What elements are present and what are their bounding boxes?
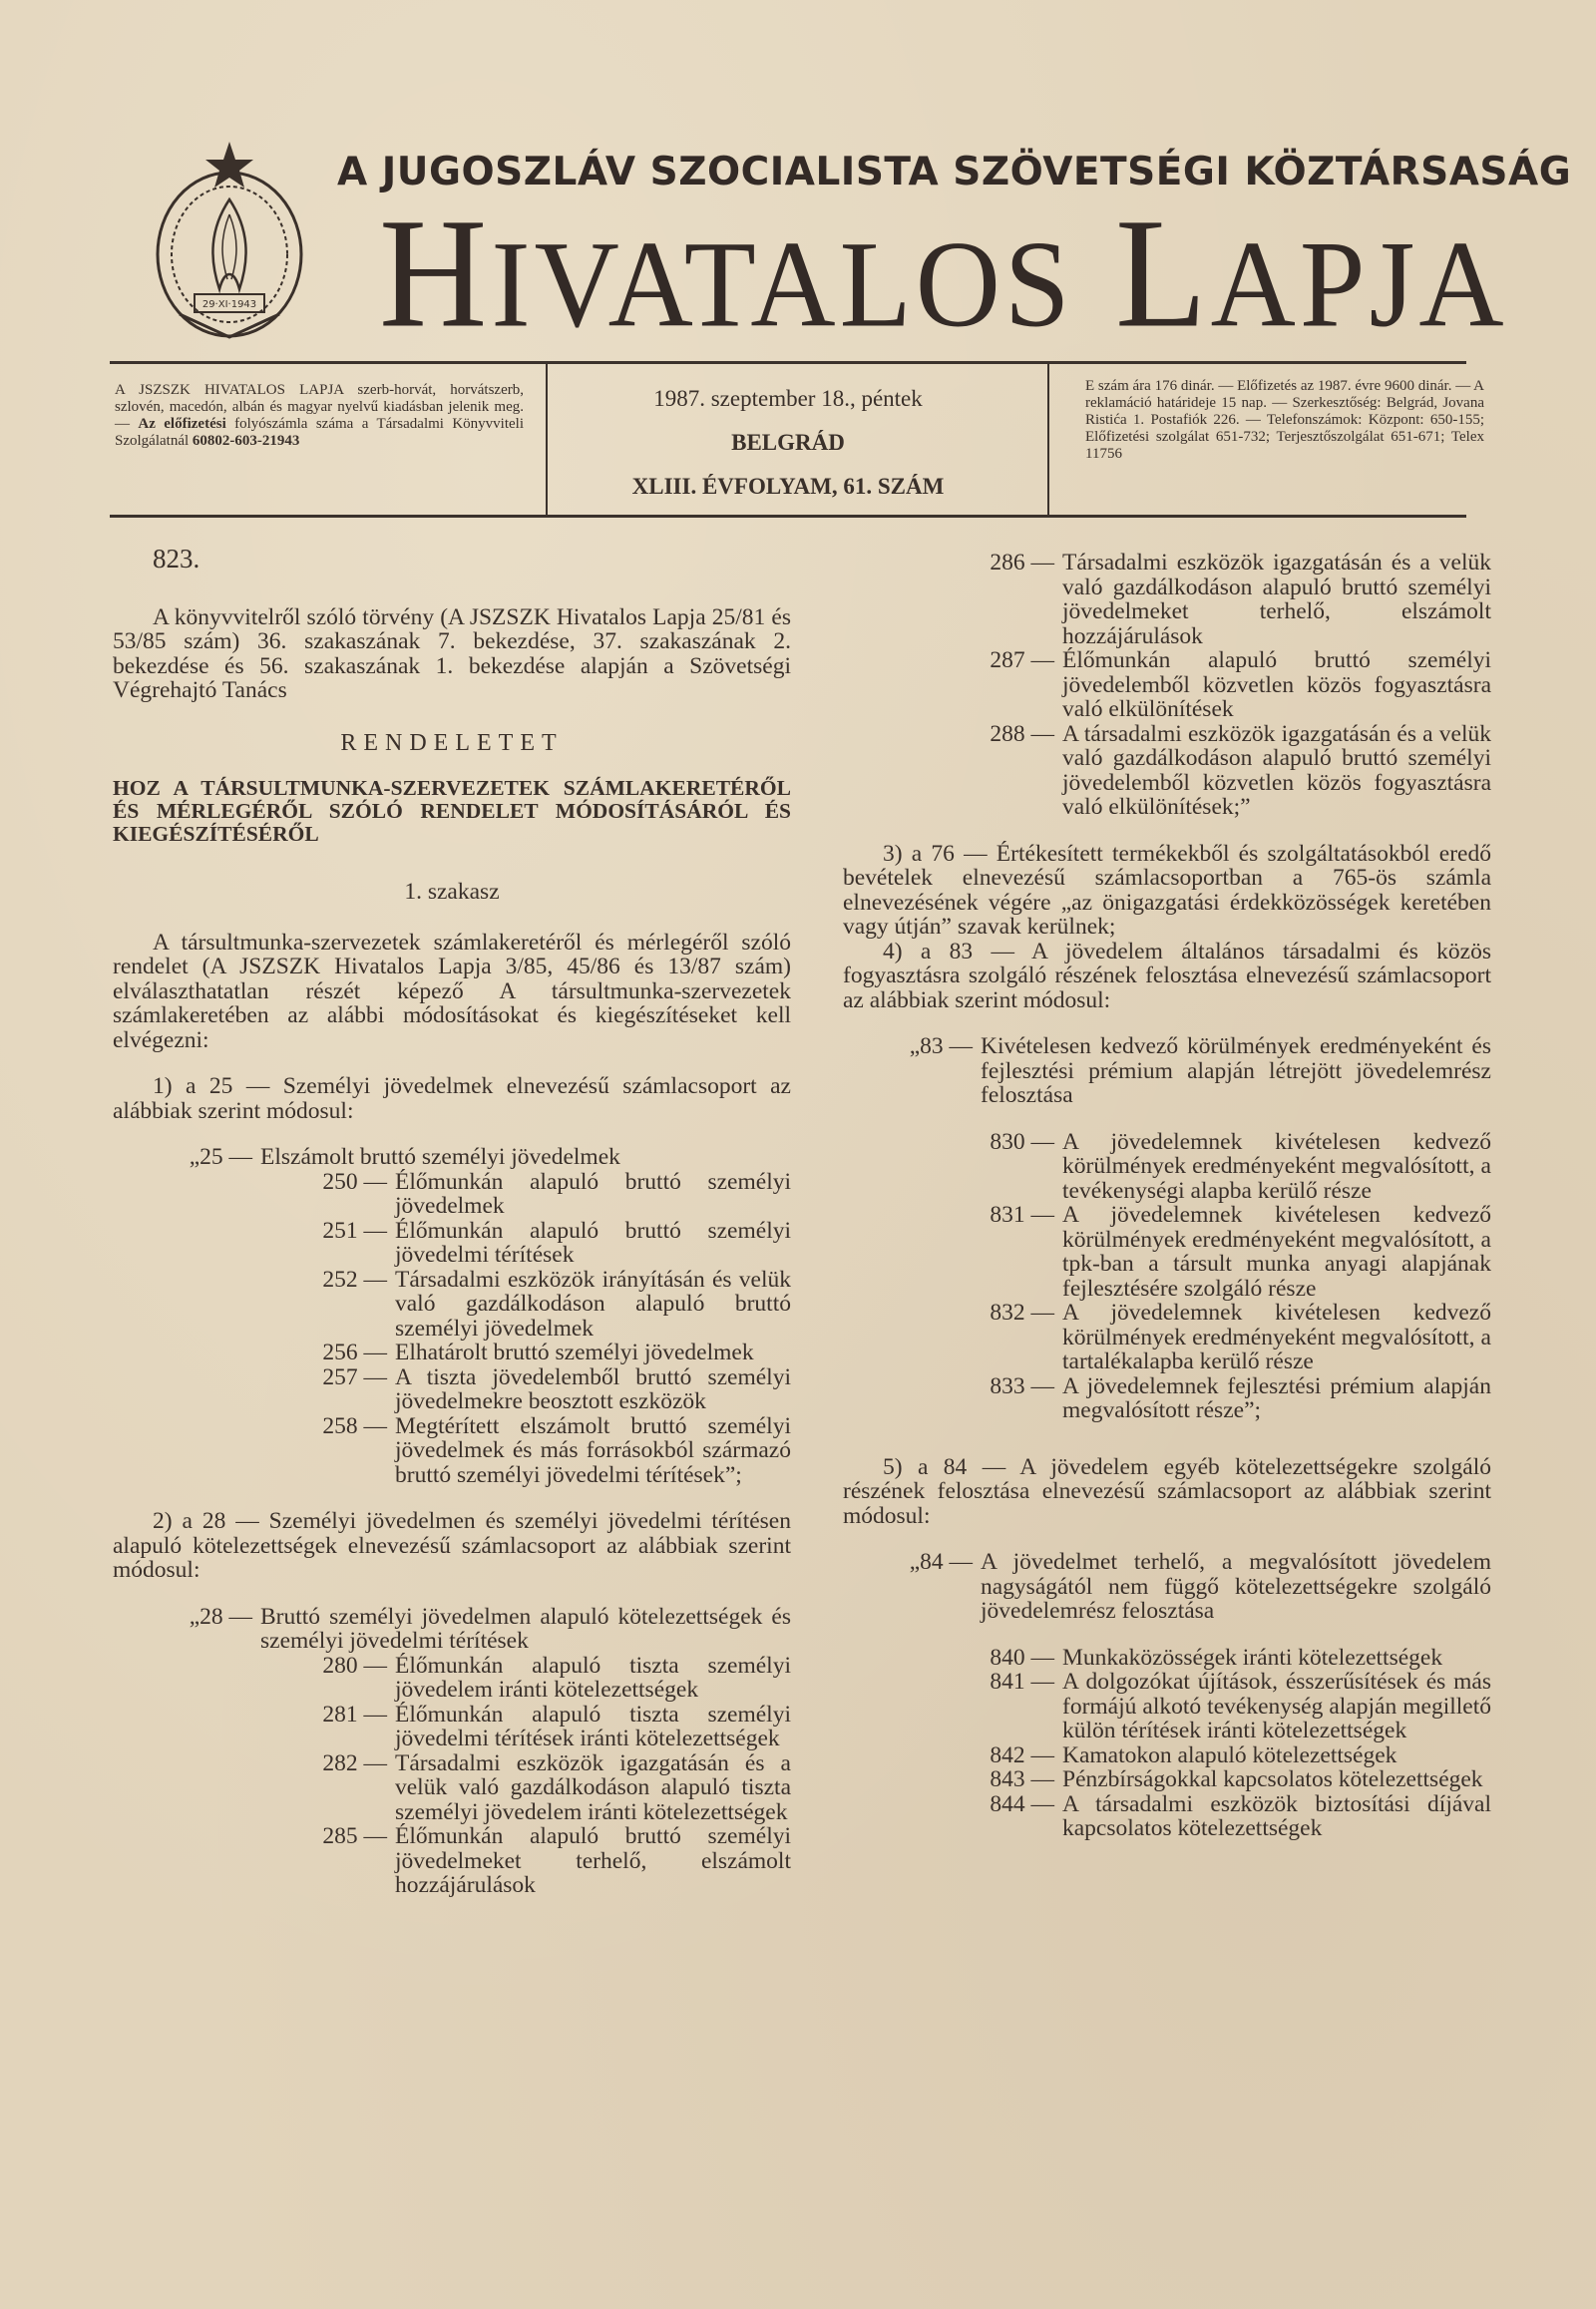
account-entry: 251 —Élőmunkán alapuló bruttó személyi j… <box>113 1219 791 1268</box>
item-1: 1) a 25 — Személyi jövedelmek elnevezésű… <box>113 1074 791 1123</box>
account-entry: 843 —Pénzbírságokkal kapcsolatos kötelez… <box>843 1767 1491 1792</box>
account-entry: 831 —A jövedelemnek kivételesen kedvező … <box>843 1203 1491 1301</box>
divider-top <box>110 361 1466 364</box>
account-entry: 841 —A dolgozókat újítások, ésszerűsítés… <box>843 1670 1491 1743</box>
decree-heading: HOZ A TÁRSULTMUNKA-SZERVEZETEK SZÁMLAKER… <box>113 777 791 846</box>
account-entry: 287 —Élőmunkán alapuló bruttó személyi j… <box>843 648 1491 722</box>
account-entry: 252 —Társadalmi eszközök irányításán és … <box>113 1268 791 1342</box>
account-entry: 840 —Munkaközösségek iránti kötelezettsé… <box>843 1646 1491 1671</box>
account-entry: 833 —A jövedelemnek fejlesztési prémium … <box>843 1374 1491 1423</box>
item-2: 2) a 28 — Személyi jövedelmen és személy… <box>113 1509 791 1583</box>
newspaper-page: 29·XI·1943 A JUGOSZLÁV SZOCIALISTA SZÖVE… <box>0 0 1596 2309</box>
account-entry: 285 —Élőmunkán alapuló bruttó személyi j… <box>113 1824 791 1898</box>
divider-vertical <box>546 364 548 515</box>
left-column: 823. A könyvvitelről szóló törvény (A JS… <box>113 547 791 1898</box>
account-entry: 288 —A társadalmi eszközök igazgatásán é… <box>843 722 1491 820</box>
account-entry: 250 —Élőmunkán alapuló bruttó személyi j… <box>113 1170 791 1219</box>
account-entry: 286 —Társadalmi eszközök igazgatásán és … <box>843 551 1491 648</box>
publication-title: HIVATALOS LAPJA <box>379 190 1456 369</box>
account-group: „28 —Bruttó személyi jövedelmen alapuló … <box>113 1605 791 1654</box>
account-group: „84 —A jövedelmet terhelő, a megvalósíto… <box>843 1550 1491 1624</box>
state-emblem-icon: 29·XI·1943 <box>150 140 309 349</box>
decree-word: RENDELETET <box>113 731 791 756</box>
section-text: A társultmunka-szervezetek számlakeretér… <box>113 931 791 1053</box>
account-entry: 282 —Társadalmi eszközök igazgatásán és … <box>113 1751 791 1825</box>
account-entry: 258 —Megtérített elszámolt bruttó személ… <box>113 1414 791 1488</box>
account-entry: 257 —A tiszta jövedelemből bruttó személ… <box>113 1365 791 1414</box>
issue-date: 1987. szeptember 18., péntek <box>554 377 1022 421</box>
item-4: 4) a 83 — A jövedelem általános társadal… <box>843 940 1491 1013</box>
account-group: „25 —Elszámolt bruttó személyi jövedelme… <box>113 1145 791 1170</box>
preamble: A könyvvitelről szóló törvény (A JSZSZK … <box>113 605 791 703</box>
account-entry: 280 —Élőmunkán alapuló tiszta személyi j… <box>113 1654 791 1703</box>
account-entry: 842 —Kamatokon alapuló kötelezettségek <box>843 1743 1491 1768</box>
item-5: 5) a 84 — A jövedelem egyéb kötelezettsé… <box>843 1455 1491 1529</box>
account-entry: 256 —Elhatárolt bruttó személyi jövedelm… <box>113 1341 791 1365</box>
divider-vertical <box>1047 364 1049 515</box>
republic-name: A JUGOSZLÁV SZOCIALISTA SZÖVETSÉGI KÖZTÁ… <box>337 150 1454 194</box>
issue-city: BELGRÁD <box>554 421 1022 465</box>
account-entry: 830 —A jövedelemnek kivételesen kedvező … <box>843 1130 1491 1204</box>
price-contact-info: E szám ára 176 dinár. — Előfizetés az 19… <box>1085 378 1484 463</box>
account-entry: 832 —A jövedelemnek kivételesen kedvező … <box>843 1301 1491 1374</box>
account-entry: 844 —A társadalmi eszközök biztosítási d… <box>843 1792 1491 1841</box>
item-3: 3) a 76 — Értékesített termékekből és sz… <box>843 842 1491 940</box>
issue-number: XLIII. ÉVFOLYAM, 61. SZÁM <box>554 465 1022 509</box>
account-entry: 281 —Élőmunkán alapuló tiszta személyi j… <box>113 1703 791 1751</box>
account-number: 60802-603-21943 <box>193 433 300 449</box>
document-number: 823. <box>153 547 791 572</box>
divider-bottom <box>110 515 1466 518</box>
right-column: 286 —Társadalmi eszközök igazgatásán és … <box>843 551 1491 1841</box>
publication-info: A JSZSZK HIVATALOS LAPJA szerb-horvát, h… <box>115 382 524 450</box>
section-title: 1. szakasz <box>113 880 791 905</box>
account-group: „83 —Kivételesen kedvező körülmények ere… <box>843 1034 1491 1108</box>
issue-info: 1987. szeptember 18., péntek BELGRÁD XLI… <box>554 377 1022 509</box>
svg-text:29·XI·1943: 29·XI·1943 <box>202 299 256 310</box>
